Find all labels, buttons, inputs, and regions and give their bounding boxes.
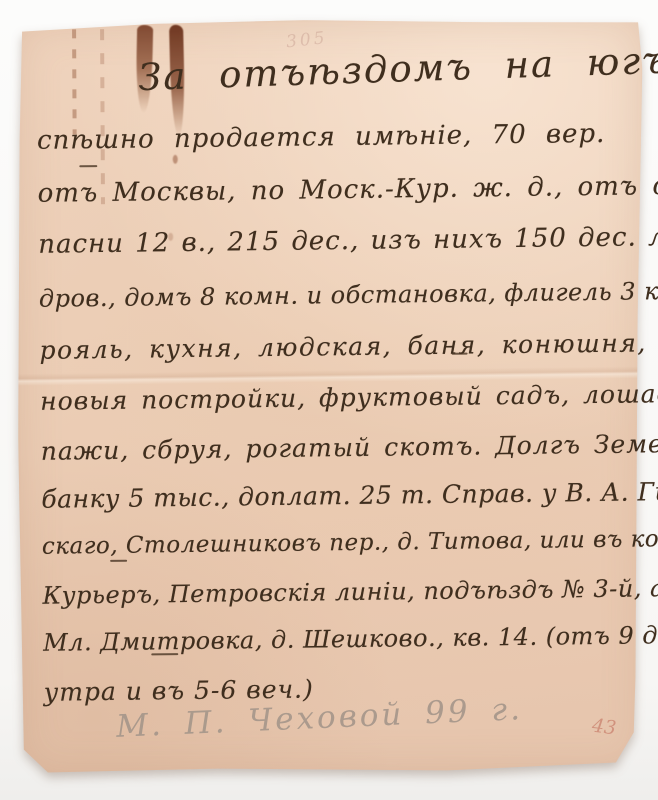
manuscript-line: рояль, кухня, людская, баня, конюшня, вс…: [39, 328, 658, 365]
manuscript-line: новыя постройки, фруктовый садъ, лошади,…: [40, 378, 658, 416]
manuscript-text-block: За отъѣздомъ на югъ спѣшно продается имѣ…: [0, 0, 658, 800]
underline-mark: [110, 560, 127, 562]
manuscript-line: отъ Москвы, по Моск.-Кур. ж. д., отъ ст.…: [37, 170, 658, 209]
manuscript-line: спѣшно продается имѣніе, 70 вер.: [37, 119, 606, 156]
underline-mark: [151, 653, 178, 655]
manuscript-line: Курьеръ, Петровскія линіи, подъѣздъ № 3-…: [42, 573, 658, 610]
manuscript-line: За отъѣздомъ на югъ: [138, 39, 658, 100]
manuscript-line: пажи, сбруя, рогатый скотъ. Долгъ Земель…: [41, 428, 658, 466]
manuscript-line: скаго, Столешниковъ пер., д. Титова, или…: [42, 525, 658, 560]
manuscript-line: пасни 12 в., 215 дес., изъ нихъ 150 дес.…: [38, 221, 658, 259]
archive-number-red: 43: [591, 715, 618, 740]
manuscript-line: Мл. Дмитровка, д. Шешково., кв. 14. (отъ…: [43, 621, 658, 657]
manuscript-line: банку 5 тыс., доплат. 25 т. Справ. у В. …: [41, 476, 658, 514]
underline-mark: [452, 353, 468, 355]
manuscript-line: дров., домъ 8 комн. и обстановка, флигел…: [39, 276, 658, 312]
underline-mark: [79, 165, 97, 167]
